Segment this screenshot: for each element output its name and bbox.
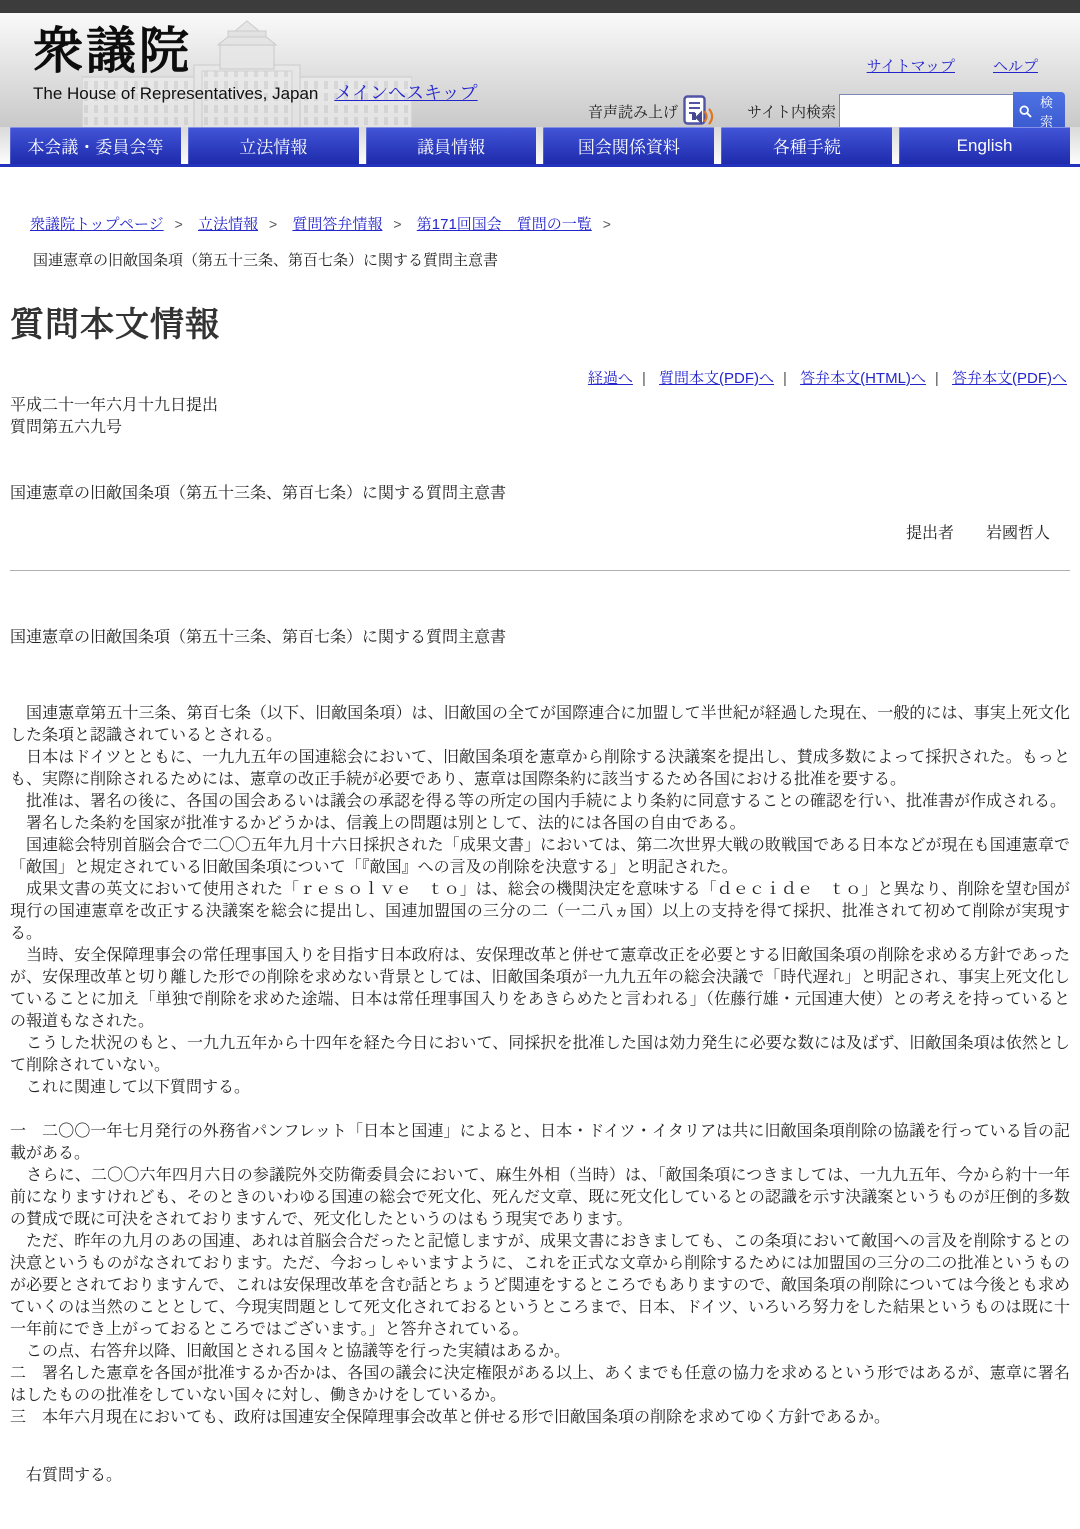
document-link-item: 答弁本文(PDF)へ| [952,370,1067,387]
document-link-separator: | [642,370,646,387]
header-tools: 音声読み上げ サイト内検索 検索 [588,92,1065,127]
question-paragraph: この点、右答弁以降、旧敵国とされる国々と協議等を行った実績はあるか。 [10,1341,1070,1363]
tts-label: 音声読み上げ [588,101,678,122]
site-logo[interactable]: 衆議院 The House of Representatives, Japan … [33,25,478,105]
document-link-item: 経過へ| [588,370,655,387]
submission-date: 平成二十一年六月十九日提出 [10,395,1080,417]
nav-item[interactable]: 立法情報 [188,127,359,164]
breadcrumb-separator: > [175,216,183,232]
document-link-separator: | [783,370,787,387]
site-search-label: サイト内検索 [747,101,836,122]
nav-item[interactable]: 各種手続 [721,127,892,164]
question-paragraph: 一 二〇〇一年七月発行の外務省パンフレット「日本と国連」によると、日本・ドイツ・… [10,1121,1070,1165]
document-title: 国連憲章の旧敵国条項（第五十三条、第百七条）に関する質問主意書 [10,480,1080,503]
nav-item[interactable]: 本会議・委員会等 [10,127,181,164]
document-link-item: 答弁本文(HTML)へ| [800,370,948,387]
body-paragraph: 国連総会特別首脳会合で二〇〇五年九月十六日採択された「成果文書」においては、第二… [10,835,1070,879]
body-paragraph: 日本はドイツとともに、一九九五年の国連総会において、旧敵国条項を憲章から削除する… [10,747,1070,791]
submitter-line: 提出者岩國哲人 [0,520,1050,543]
breadcrumb-link[interactable]: 立法情報 [198,216,258,233]
question-paragraph: さらに、二〇〇六年四月六日の参議院外交防衛委員会において、麻生外相（当時）は、「… [10,1165,1070,1231]
document-link[interactable]: 答弁本文(PDF)へ [952,370,1067,387]
submitter-name: 岩國哲人 [986,525,1050,542]
document-area: 経過へ| 質問本文(PDF)へ| 答弁本文(HTML)へ| 答弁本文(PDF)へ… [0,367,1080,1529]
breadcrumb-item: 質問答弁情報> [292,216,412,233]
magnifier-icon [1019,105,1032,118]
breadcrumb-separator: > [269,216,277,232]
question-paragraph: 二 署名した憲章を各国が批准するか否かは、各国の議会に決定権限がある以上、あくま… [10,1363,1070,1407]
site-header: 衆議院 The House of Representatives, Japan … [0,13,1080,127]
body-paragraph: 成果文書の英文において使用された「ｒｅｓｏｌｖｅ ｔｏ」は、総会の機関決定を意味… [10,879,1070,945]
body-paragraph: 当時、安全保障理事会の常任理事国入りを目指す日本政府は、安保理改革と併せて憲章改… [10,945,1070,1033]
document-link-separator: | [935,370,939,387]
breadcrumb-item: 第171回国会 質問の一覧> [417,216,622,233]
site-logo-subtitle: The House of Representatives, Japan [33,84,318,104]
body-paragraph: 批准は、署名の後に、各国の国会あるいは議会の承認を得る等の所定の国内手続により条… [10,791,1070,813]
question-paragraph: ただ、昨年の九月のあの国連、あれは首脳会合だったと記憶しますが、成果文書におきま… [10,1231,1070,1341]
search-button-label: 検索 [1034,92,1059,127]
header-utility-links: サイトマップ ヘルプ [867,55,1038,76]
question-paragraph: 三 本年六月現在においても、政府は国連安全保障理事会改革と併せる形で旧敵国条項の… [10,1407,1070,1429]
search-button[interactable]: 検索 [1013,92,1065,127]
breadcrumb: 衆議院トップページ> 立法情報> 質問答弁情報> 第171回国会 質問の一覧> [30,213,1080,234]
breadcrumb-separator: > [603,216,611,232]
search-input[interactable] [839,94,1014,127]
document-questions: 一 二〇〇一年七月発行の外務省パンフレット「日本と国連」によると、日本・ドイツ・… [10,1121,1070,1429]
skip-to-main-link[interactable]: メインへスキップ [334,79,477,105]
document-link[interactable]: 経過へ [588,370,633,387]
body-paragraph: これに関連して以下質問する。 [10,1077,1070,1099]
nav-item[interactable]: 議員情報 [366,127,537,164]
body-paragraph: 国連憲章第五十三条、第百七条（以下、旧敵国条項）は、旧敵国の全てが国際連合に加盟… [10,703,1070,747]
help-link[interactable]: ヘルプ [993,55,1038,76]
document-link[interactable]: 質問本文(PDF)へ [659,370,774,387]
document-body-title: 国連憲章の旧敵国条項（第五十三条、第百七条）に関する質問主意書 [10,624,1080,647]
main-navigation: 本会議・委員会等 立法情報 議員情報 国会関係資料 各種手続 English [0,127,1080,167]
nav-item[interactable]: English [899,127,1070,164]
body-paragraph: 署名した条約を国家が批准するかどうかは、信義上の問題は別として、法的には各国の自… [10,813,1070,835]
breadcrumb-current-page: 国連憲章の旧敵国条項（第五十三条、第百七条）に関する質問主意書 [33,249,1080,270]
site-logo-title[interactable]: 衆議院 [33,25,478,78]
question-number: 質問第五六九号 [10,417,1080,439]
document-link-item: 質問本文(PDF)へ| [659,370,796,387]
closing-line: 右質問する。 [10,1465,1070,1529]
document-preamble: 国連憲章第五十三条、第百七条（以下、旧敵国条項）は、旧敵国の全てが国際連合に加盟… [10,703,1070,1099]
sitemap-link[interactable]: サイトマップ [867,55,955,76]
submitter-label: 提出者 [906,525,954,542]
document-link[interactable]: 答弁本文(HTML)へ [800,370,926,387]
top-black-bar [0,0,1080,13]
speaker-document-icon[interactable] [683,95,719,127]
document-links: 経過へ| 質問本文(PDF)へ| 答弁本文(HTML)へ| 答弁本文(PDF)へ… [0,367,1067,388]
breadcrumb-item: 衆議院トップページ> [30,216,194,233]
breadcrumb-item: 立法情報> [198,216,288,233]
page-title: 質問本文情報 [10,297,1080,346]
breadcrumb-separator: > [393,216,401,232]
breadcrumb-link[interactable]: 衆議院トップページ [30,216,164,233]
nav-item[interactable]: 国会関係資料 [543,127,714,164]
document-meta: 平成二十一年六月十九日提出 質問第五六九号 [10,395,1080,439]
divider [10,570,1070,571]
breadcrumb-link[interactable]: 質問答弁情報 [292,216,382,233]
breadcrumb-link[interactable]: 第171回国会 質問の一覧 [417,216,592,233]
body-paragraph: こうした状況のもと、一九九五年から十四年を経た今日において、同採択を批准した国は… [10,1033,1070,1077]
